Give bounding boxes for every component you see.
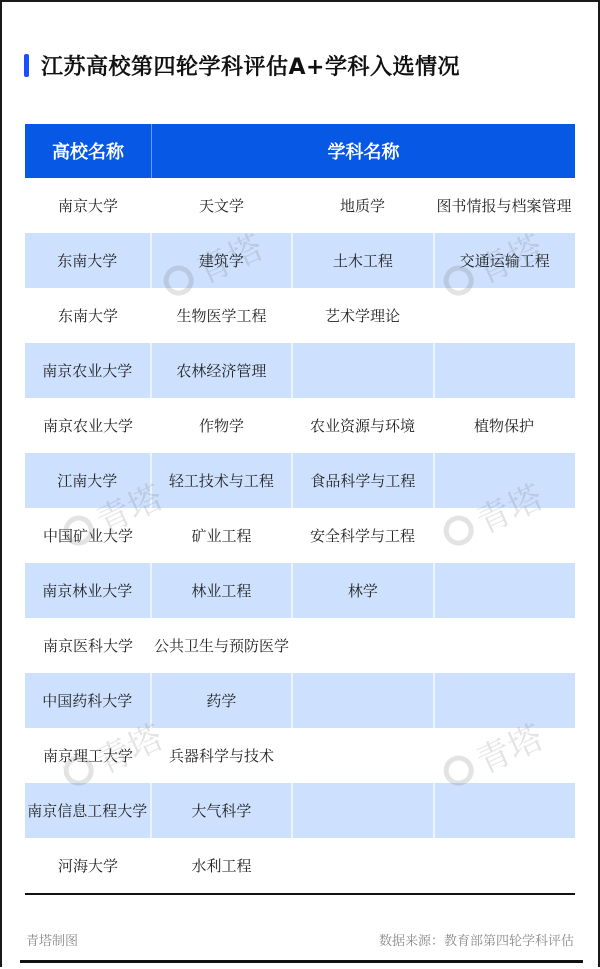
subject-cell bbox=[292, 838, 433, 893]
subject-cell bbox=[433, 728, 575, 783]
subject-cell bbox=[433, 673, 575, 728]
subject-cell: 植物保护 bbox=[433, 398, 575, 453]
table-row: 江南大学轻工技术与工程食品科学与工程 bbox=[25, 453, 575, 508]
subject-cell: 安全科学与工程 bbox=[292, 508, 433, 563]
school-cell: 江南大学 bbox=[25, 453, 150, 508]
page-title: 江苏高校第四轮学科评估A+学科入选情况 bbox=[41, 50, 460, 81]
header-school: 高校名称 bbox=[25, 124, 152, 178]
school-cell: 南京医科大学 bbox=[25, 618, 151, 673]
table-header: 高校名称 学科名称 bbox=[25, 124, 575, 178]
subject-cell bbox=[433, 343, 575, 398]
subject-cell: 食品科学与工程 bbox=[291, 453, 432, 508]
subject-cell bbox=[433, 288, 575, 343]
table-body: 南京大学天文学地质学图书情报与档案管理东南大学建筑学土木工程交通运输工程东南大学… bbox=[25, 178, 575, 893]
table-row: 南京林业大学林业工程林学 bbox=[25, 563, 575, 618]
subject-cell: 大气科学 bbox=[150, 783, 291, 838]
title-accent-bar bbox=[24, 54, 29, 77]
subject-cell: 作物学 bbox=[151, 398, 292, 453]
subject-cell: 天文学 bbox=[151, 178, 292, 233]
subject-cell: 兵器科学与技术 bbox=[151, 728, 292, 783]
school-cell: 南京农业大学 bbox=[25, 398, 151, 453]
subject-cell: 地质学 bbox=[292, 178, 433, 233]
subject-cell: 艺术学理论 bbox=[292, 288, 433, 343]
subject-cell bbox=[292, 728, 433, 783]
subject-cell: 林业工程 bbox=[150, 563, 291, 618]
subject-cell bbox=[291, 343, 432, 398]
title-block: 江苏高校第四轮学科评估A+学科入选情况 bbox=[24, 50, 460, 81]
school-cell: 河海大学 bbox=[25, 838, 151, 893]
subject-cell bbox=[433, 508, 575, 563]
subject-cell bbox=[433, 783, 575, 838]
subject-cell bbox=[291, 673, 432, 728]
subject-cell bbox=[291, 783, 432, 838]
table-row: 东南大学建筑学土木工程交通运输工程 bbox=[25, 233, 575, 288]
subject-cell: 农业资源与环境 bbox=[292, 398, 433, 453]
table-row: 中国矿业大学矿业工程安全科学与工程 bbox=[25, 508, 575, 563]
table-bottom-rule bbox=[25, 893, 575, 895]
table-row: 南京信息工程大学大气科学 bbox=[25, 783, 575, 838]
school-cell: 东南大学 bbox=[25, 288, 151, 343]
subject-cell: 水利工程 bbox=[151, 838, 292, 893]
school-cell: 中国矿业大学 bbox=[25, 508, 151, 563]
bottom-rule bbox=[20, 960, 583, 963]
table-row: 南京大学天文学地质学图书情报与档案管理 bbox=[25, 178, 575, 233]
subject-cell: 公共卫生与预防医学 bbox=[151, 618, 292, 673]
subject-cell bbox=[433, 838, 575, 893]
table-row: 南京理工大学兵器科学与技术 bbox=[25, 728, 575, 783]
subject-cell bbox=[433, 618, 575, 673]
table-row: 东南大学生物医学工程艺术学理论 bbox=[25, 288, 575, 343]
subject-cell: 林学 bbox=[291, 563, 432, 618]
footer-credit: 青塔制图 bbox=[26, 930, 78, 949]
subject-cell: 矿业工程 bbox=[151, 508, 292, 563]
subject-cell: 农林经济管理 bbox=[150, 343, 291, 398]
subject-cell: 交通运输工程 bbox=[433, 233, 575, 288]
table-row: 中国药科大学药学 bbox=[25, 673, 575, 728]
subject-cell bbox=[433, 453, 575, 508]
footer-source: 数据来源：教育部第四轮学科评估 bbox=[379, 930, 574, 949]
subject-cell: 土木工程 bbox=[291, 233, 432, 288]
table-row: 南京农业大学作物学农业资源与环境植物保护 bbox=[25, 398, 575, 453]
table-row: 河海大学水利工程 bbox=[25, 838, 575, 893]
header-subject: 学科名称 bbox=[152, 124, 575, 178]
subject-cell: 生物医学工程 bbox=[151, 288, 292, 343]
subject-cell bbox=[292, 618, 433, 673]
subject-cell: 图书情报与档案管理 bbox=[433, 178, 575, 233]
table-row: 南京农业大学农林经济管理 bbox=[25, 343, 575, 398]
subject-cell: 建筑学 bbox=[150, 233, 291, 288]
table-row: 南京医科大学公共卫生与预防医学 bbox=[25, 618, 575, 673]
school-cell: 南京农业大学 bbox=[25, 343, 150, 398]
subject-cell: 药学 bbox=[150, 673, 291, 728]
subject-cell bbox=[433, 563, 575, 618]
school-cell: 南京理工大学 bbox=[25, 728, 151, 783]
school-cell: 南京信息工程大学 bbox=[25, 783, 150, 838]
subjects-table: 高校名称 学科名称 南京大学天文学地质学图书情报与档案管理东南大学建筑学土木工程… bbox=[25, 124, 575, 895]
subject-cell: 轻工技术与工程 bbox=[150, 453, 291, 508]
school-cell: 中国药科大学 bbox=[25, 673, 150, 728]
school-cell: 南京林业大学 bbox=[25, 563, 150, 618]
school-cell: 东南大学 bbox=[25, 233, 150, 288]
school-cell: 南京大学 bbox=[25, 178, 151, 233]
